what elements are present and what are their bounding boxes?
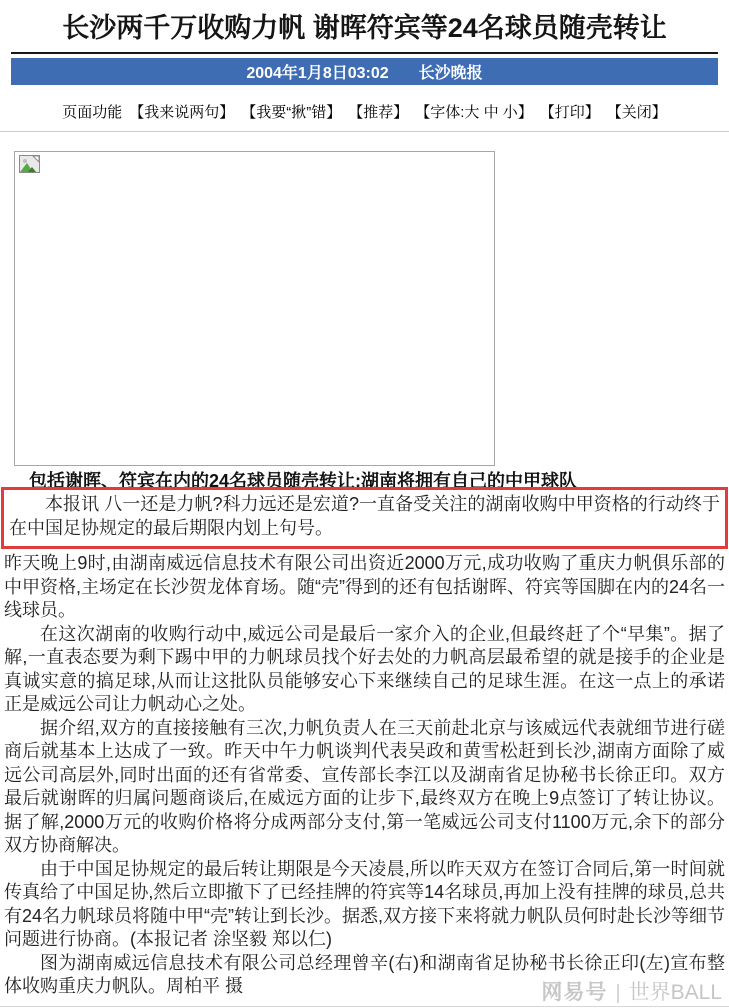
netease-watermark: 网易号 | 世界BALL bbox=[535, 981, 722, 1005]
toolbar-item-font-size[interactable]: 【字体:大 中 小】 bbox=[415, 101, 533, 122]
article-body: 昨天晚上9时,由湖南威远信息技术有限公司出资近2000万元,成功收购了重庆力帆俱… bbox=[0, 552, 729, 999]
toolbar-item-recommend[interactable]: 【推荐】 bbox=[348, 101, 408, 122]
toolbar-item-report-error[interactable]: 【我要“揪”错】 bbox=[241, 101, 341, 122]
toolbar-item-print[interactable]: 【打印】 bbox=[540, 101, 600, 122]
title-divider bbox=[11, 52, 718, 54]
body-paragraph: 在这次湖南的收购行动中,威远公司是最后一家介入的企业,但最终赶了个“早集”。据了… bbox=[0, 623, 729, 717]
toolbar-divider bbox=[0, 131, 729, 132]
page-bottom-divider bbox=[0, 1006, 729, 1007]
toolbar-label: 页面功能 bbox=[62, 101, 122, 122]
article-source: 长沙晚报 bbox=[419, 60, 483, 83]
watermark-separator: | bbox=[615, 981, 620, 1005]
broken-image-icon bbox=[19, 155, 40, 173]
toolbar-item-close[interactable]: 【关闭】 bbox=[607, 101, 667, 122]
page-toolbar: 页面功能 【我来说两句】 【我要“揪”错】 【推荐】 【字体:大 中 小】 【打… bbox=[0, 101, 729, 122]
watermark-brand: 网易号 bbox=[541, 981, 607, 1005]
lede-paragraph: 本报讯 八一还是力帆?科力远还是宏道?一直备受关注的湖南收购中甲资格的行动终于在… bbox=[5, 493, 724, 540]
highlighted-lede-box: 本报讯 八一还是力帆?科力远还是宏道?一直备受关注的湖南收购中甲资格的行动终于在… bbox=[1, 487, 728, 549]
toolbar-item-comment[interactable]: 【我来说两句】 bbox=[129, 101, 234, 122]
article-datetime: 2004年1月8日03:02 bbox=[246, 60, 388, 83]
watermark-account-name: 世界BALL bbox=[629, 981, 722, 1005]
body-paragraph: 昨天晚上9时,由湖南威远信息技术有限公司出资近2000万元,成功收购了重庆力帆俱… bbox=[0, 552, 729, 623]
body-paragraph: 据介绍,双方的直接接触有三次,力帆负责人在三天前赴北京与该威远代表就细节进行磋商… bbox=[0, 717, 729, 858]
page-title: 长沙两千万收购力帆 谢晖符宾等24名球员随壳转让 bbox=[12, 11, 717, 45]
meta-bar: 2004年1月8日03:02 长沙晚报 bbox=[11, 58, 718, 85]
body-paragraph: 由于中国足协规定的最后转让期限是今天凌晨,所以昨天双方在签订合同后,第一时间就传… bbox=[0, 858, 729, 952]
article-photo-placeholder bbox=[14, 151, 495, 466]
